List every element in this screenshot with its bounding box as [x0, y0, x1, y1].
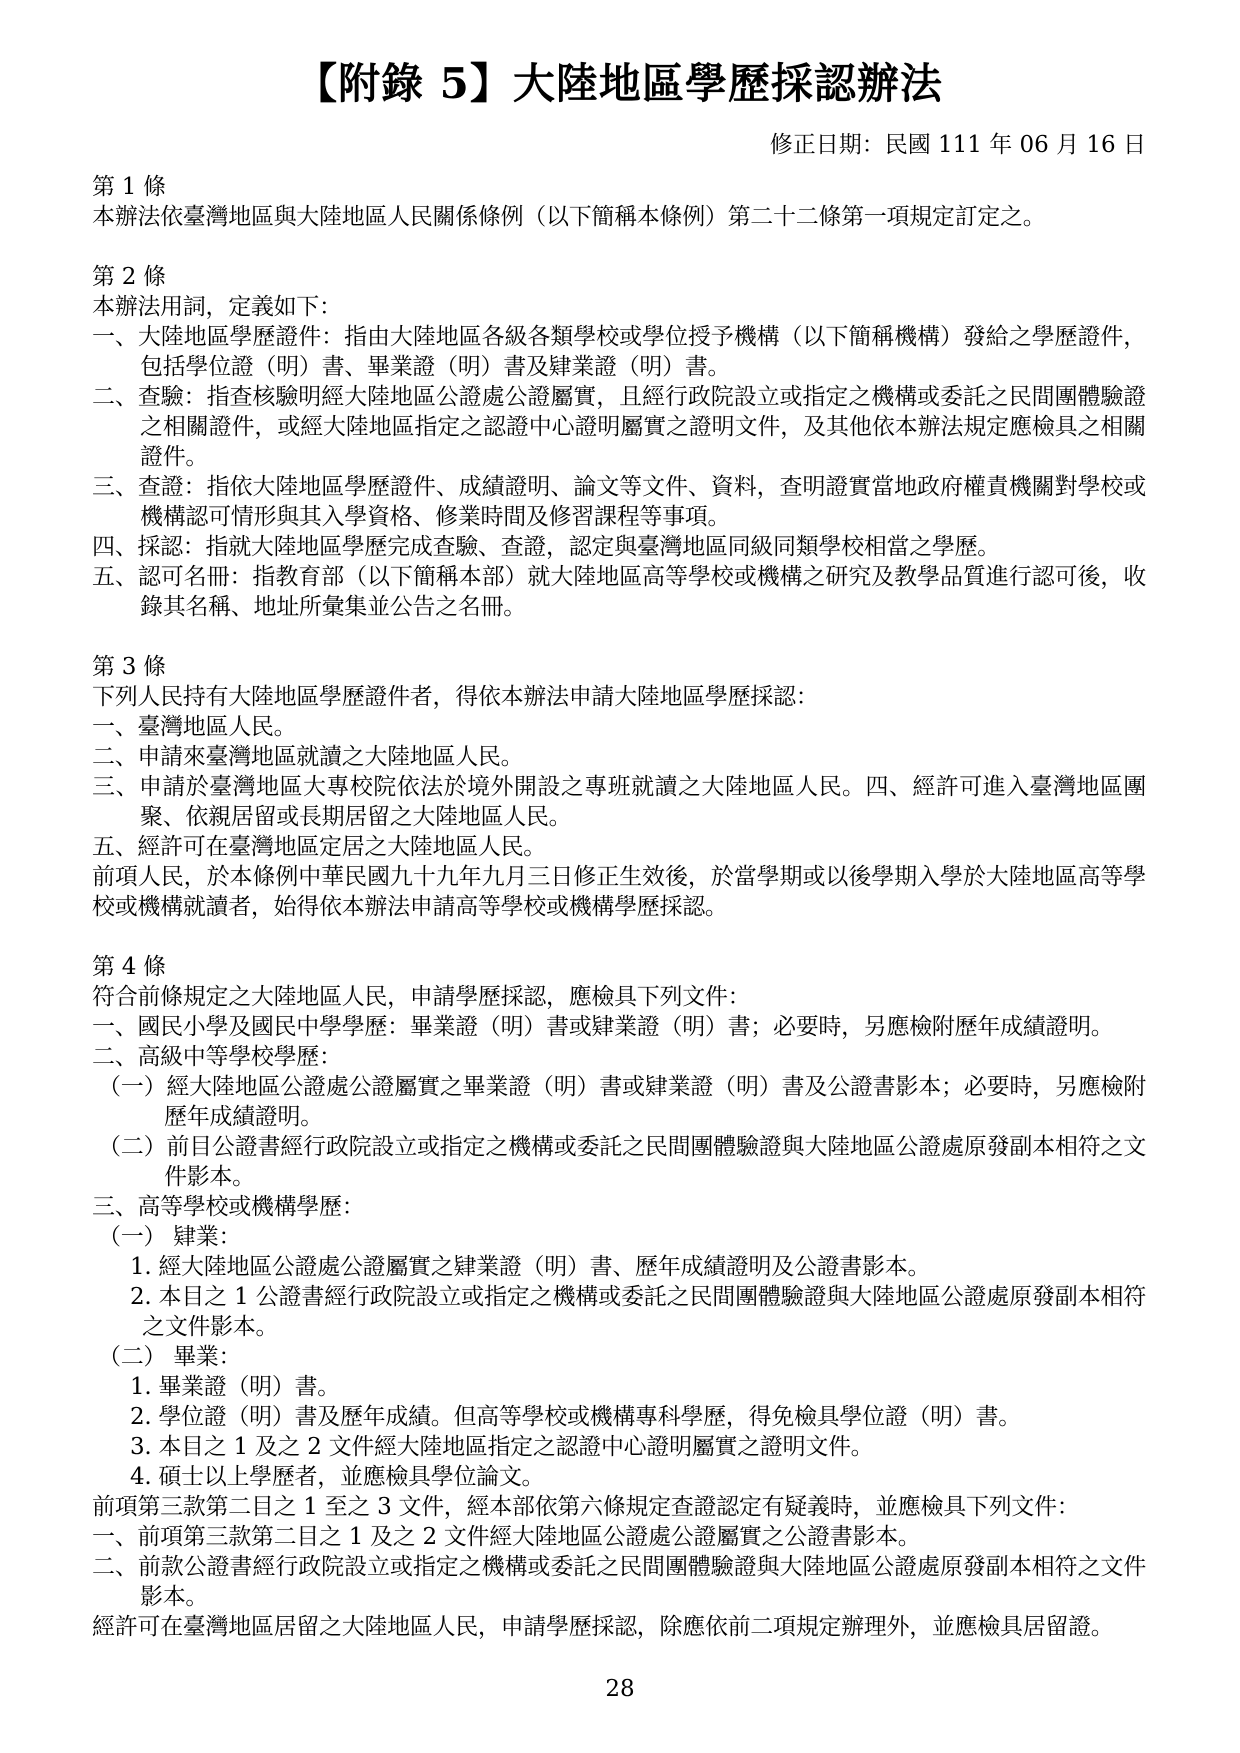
paragraph: 本辦法依臺灣地區與大陸地區人民關係條例（以下簡稱本條例）第二十二條第一項規定訂定… [92, 202, 1146, 232]
paragraph: 符合前條規定之大陸地區人民，申請學歷採認，應檢具下列文件： [92, 982, 1146, 1012]
paragraph: 一、大陸地區學歷證件：指由大陸地區各級各類學校或學位授予機構（以下簡稱機構）發給… [92, 322, 1146, 382]
paragraph: 1. 畢業證（明）書。 [92, 1372, 1146, 1402]
article: 第 2 條本辦法用詞，定義如下：一、大陸地區學歷證件：指由大陸地區各級各類學校或… [92, 262, 1146, 622]
paragraph: 三、高等學校或機構學歷： [92, 1192, 1146, 1222]
paragraph: 經許可在臺灣地區居留之大陸地區人民，申請學歷採認，除應依前二項規定辦理外，並應檢… [92, 1612, 1146, 1642]
paragraph: 1. 經大陸地區公證處公證屬實之肄業證（明）書、歷年成績證明及公證書影本。 [92, 1252, 1146, 1282]
paragraph: 四、採認：指就大陸地區學歷完成查驗、查證，認定與臺灣地區同級同類學校相當之學歷。 [92, 532, 1146, 562]
paragraph: 五、經許可在臺灣地區定居之大陸地區人民。 [92, 832, 1146, 862]
paragraph: 二、前款公證書經行政院設立或指定之機構或委託之民間團體驗證與大陸地區公證處原發副… [92, 1552, 1146, 1612]
page-number: 28 [0, 1678, 1240, 1701]
paragraph: （一）經大陸地區公證處公證屬實之畢業證（明）書或肄業證（明）書及公證書影本；必要… [92, 1072, 1146, 1132]
article: 第 4 條符合前條規定之大陸地區人民，申請學歷採認，應檢具下列文件：一、國民小學… [92, 952, 1146, 1642]
paragraph: 4. 碩士以上學歷者，並應檢具學位論文。 [92, 1462, 1146, 1492]
paragraph: 下列人民持有大陸地區學歷證件者，得依本辦法申請大陸地區學歷採認： [92, 682, 1146, 712]
paragraph: 3. 本目之 1 及之 2 文件經大陸地區指定之認證中心證明屬實之證明文件。 [92, 1432, 1146, 1462]
paragraph: 一、前項第三款第二目之 1 及之 2 文件經大陸地區公證處公證屬實之公證書影本。 [92, 1522, 1146, 1552]
paragraph: 一、臺灣地區人民。 [92, 712, 1146, 742]
document-body: 第 1 條本辦法依臺灣地區與大陸地區人民關係條例（以下簡稱本條例）第二十二條第一… [92, 172, 1146, 1642]
paragraph: 五、認可名冊：指教育部（以下簡稱本部）就大陸地區高等學校或機構之研究及教學品質進… [92, 562, 1146, 622]
article-heading: 第 2 條 [92, 262, 1146, 292]
paragraph: 三、查證：指依大陸地區學歷證件、成績證明、論文等文件、資料，查明證實當地政府權責… [92, 472, 1146, 532]
paragraph: 三、申請於臺灣地區大專校院依法於境外開設之專班就讀之大陸地區人民。四、經許可進入… [92, 772, 1146, 832]
paragraph: 前項第三款第二目之 1 至之 3 文件，經本部依第六條規定查證認定有疑義時，並應… [92, 1492, 1146, 1522]
page-title: 【附錄 5】大陸地區學歷採認辦法 [92, 60, 1146, 108]
paragraph: 二、高級中等學校學歷： [92, 1042, 1146, 1072]
paragraph: 2. 本目之 1 公證書經行政院設立或指定之機構或委託之民間團體驗證與大陸地區公… [92, 1282, 1146, 1342]
article-heading: 第 1 條 [92, 172, 1146, 202]
revision-date: 修正日期：民國 111 年 06 月 16 日 [92, 130, 1146, 160]
paragraph: 2. 學位證（明）書及歷年成績。但高等學校或機構專科學歷，得免檢具學位證（明）書… [92, 1402, 1146, 1432]
paragraph: 二、查驗：指查核驗明經大陸地區公證處公證屬實，且經行政院設立或指定之機構或委託之… [92, 382, 1146, 472]
paragraph: 前項人民，於本條例中華民國九十九年九月三日修正生效後，於當學期或以後學期入學於大… [92, 862, 1146, 922]
paragraph: （二）前目公證書經行政院設立或指定之機構或委託之民間團體驗證與大陸地區公證處原發… [92, 1132, 1146, 1192]
paragraph: 二、申請來臺灣地區就讀之大陸地區人民。 [92, 742, 1146, 772]
paragraph: 一、國民小學及國民中學學歷：畢業證（明）書或肄業證（明）書；必要時，另應檢附歷年… [92, 1012, 1146, 1042]
article: 第 3 條下列人民持有大陸地區學歷證件者，得依本辦法申請大陸地區學歷採認：一、臺… [92, 652, 1146, 922]
paragraph: 本辦法用詞，定義如下： [92, 292, 1146, 322]
article-heading: 第 3 條 [92, 652, 1146, 682]
article: 第 1 條本辦法依臺灣地區與大陸地區人民關係條例（以下簡稱本條例）第二十二條第一… [92, 172, 1146, 232]
article-heading: 第 4 條 [92, 952, 1146, 982]
paragraph: （一） 肄業： [92, 1222, 1146, 1252]
paragraph: （二） 畢業： [92, 1342, 1146, 1372]
document-page: 【附錄 5】大陸地區學歷採認辦法 修正日期：民國 111 年 06 月 16 日… [0, 0, 1240, 1753]
